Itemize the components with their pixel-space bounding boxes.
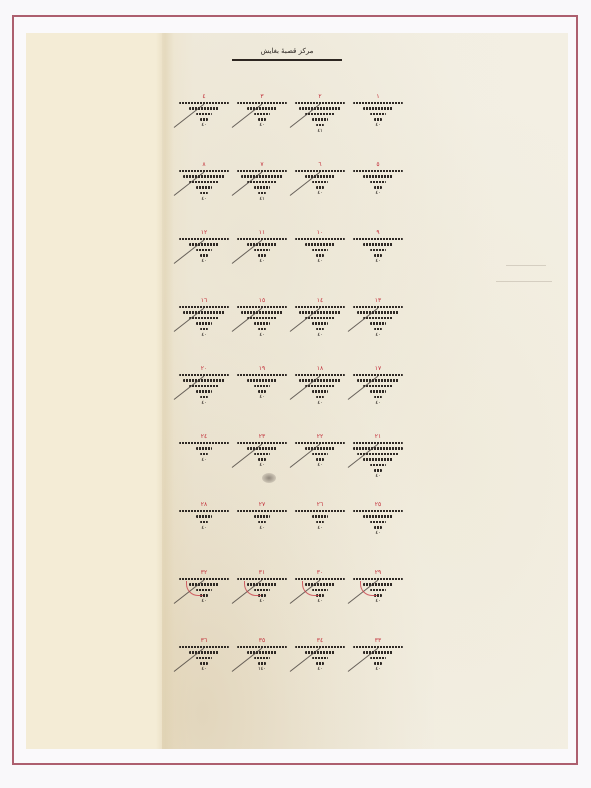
handwritten-line xyxy=(312,515,328,517)
handwritten-line xyxy=(189,385,219,387)
handwritten-line xyxy=(200,521,208,523)
register-entry: ٣٠٤٠ xyxy=(292,569,348,629)
handwritten-line xyxy=(305,175,335,177)
entry-number: ١٩ xyxy=(234,365,290,372)
entry-text-lines xyxy=(176,440,232,457)
handwritten-line xyxy=(370,181,386,183)
register-entry: ٣٢٤٠ xyxy=(176,569,232,629)
entry-number: ٣٦ xyxy=(176,637,232,644)
entry-sum: ٤٠ xyxy=(292,525,348,531)
entry-number: ٣٠ xyxy=(292,569,348,576)
handwritten-line xyxy=(312,118,328,120)
entry-sum: ٤٠ xyxy=(176,258,232,264)
handwritten-line xyxy=(200,328,208,330)
handwritten-line xyxy=(237,510,287,512)
handwritten-line xyxy=(316,328,324,330)
entry-number: ٢٦ xyxy=(292,501,348,508)
handwritten-line xyxy=(305,243,335,245)
handwritten-line xyxy=(353,447,403,449)
register-entry: ١٠٤٠ xyxy=(292,229,348,289)
entry-number: ١٤ xyxy=(292,297,348,304)
register-entry: ٢٨٤٠ xyxy=(176,501,232,559)
register-entry: ٩٤٠ xyxy=(350,229,406,289)
handwritten-line xyxy=(312,249,328,251)
entry-sum: ٤٠ xyxy=(176,525,232,531)
handwritten-line xyxy=(312,390,328,392)
handwritten-line xyxy=(363,317,393,319)
handwritten-line xyxy=(305,385,335,387)
entry-number: ١٣ xyxy=(350,297,406,304)
register-entry: ٥٤٠ xyxy=(350,161,406,221)
handwritten-line xyxy=(374,396,382,398)
entry-sum: ٤٠ xyxy=(292,462,348,468)
entry-number: ١٢ xyxy=(176,229,232,236)
entry-number: ٢٩ xyxy=(350,569,406,576)
entry-sum: ٤١ xyxy=(292,128,348,134)
handwritten-line xyxy=(196,447,212,449)
entry-sum: ٤٠ xyxy=(176,457,232,463)
entry-sum: ٤٠ xyxy=(176,666,232,672)
entry-sum: ٤٠ xyxy=(234,394,290,400)
handwritten-line xyxy=(305,317,335,319)
entry-sum: ٤١ xyxy=(234,196,290,202)
handwritten-line xyxy=(374,662,382,664)
handwritten-line xyxy=(258,192,266,194)
entry-number: ٣٥ xyxy=(234,637,290,644)
handwritten-line xyxy=(353,238,403,240)
entry-sum: ٤٠ xyxy=(350,530,406,536)
handwritten-line xyxy=(196,657,212,659)
handwritten-line xyxy=(258,254,266,256)
entry-number: ١٦ xyxy=(176,297,232,304)
handwritten-line xyxy=(247,447,277,449)
handwritten-line xyxy=(370,390,386,392)
entry-sum: ٤٠ xyxy=(292,598,348,604)
register-entry: ٢٤١ xyxy=(292,93,348,153)
handwritten-line xyxy=(200,118,208,120)
register-entry: ٣٥١٤٠ xyxy=(234,637,290,697)
handwritten-line xyxy=(299,107,341,109)
handwritten-line xyxy=(374,328,382,330)
handwritten-line xyxy=(374,526,382,528)
handwritten-line xyxy=(254,657,270,659)
handwritten-line xyxy=(254,322,270,324)
handwritten-line xyxy=(196,515,212,517)
register-entry: ١٥٤٠ xyxy=(234,297,290,357)
entry-number: ٣٢ xyxy=(176,569,232,576)
handwritten-line xyxy=(312,322,328,324)
handwritten-line xyxy=(370,464,386,466)
entry-number: ٨ xyxy=(176,161,232,168)
entry-sum: ٤٠ xyxy=(350,473,406,479)
bleed-through-line xyxy=(496,281,552,282)
handwritten-line xyxy=(189,243,219,245)
handwritten-line xyxy=(196,249,212,251)
register-entry: ١٤٠ xyxy=(350,93,406,153)
entry-sum: ٤٠ xyxy=(176,196,232,202)
handwritten-line xyxy=(363,107,393,109)
handwritten-line xyxy=(305,651,335,653)
entry-sum: ٤٠ xyxy=(292,666,348,672)
handwritten-line xyxy=(241,311,283,313)
register-entry: ١٦٤٠ xyxy=(176,297,232,357)
register-entry: ٨٤٠ xyxy=(176,161,232,221)
register-entry: ٢٢٤٠ xyxy=(292,433,348,493)
handwritten-line xyxy=(200,453,208,455)
entry-number: ٢٧ xyxy=(234,501,290,508)
handwritten-line xyxy=(353,510,403,512)
register-entry: ٣٤٤٠ xyxy=(292,637,348,697)
entry-number: ٣٣ xyxy=(350,637,406,644)
register-entry: ١٢٤٠ xyxy=(176,229,232,289)
handwritten-line xyxy=(196,186,212,188)
entry-number: ٣١ xyxy=(234,569,290,576)
handwritten-line xyxy=(305,113,335,115)
handwritten-line xyxy=(370,249,386,251)
handwritten-line xyxy=(316,521,324,523)
entry-number: ٢ xyxy=(292,93,348,100)
register-entry: ٧٤١ xyxy=(234,161,290,221)
register-entry: ٢٧٤٠ xyxy=(234,501,290,559)
register-entry: ٣٦٤٠ xyxy=(176,637,232,697)
entry-sum: ٤٠ xyxy=(350,666,406,672)
entry-sum: ٤٠ xyxy=(176,598,232,604)
bleed-through-line xyxy=(506,265,546,266)
handwritten-line xyxy=(189,651,219,653)
entry-sum: ٤٠ xyxy=(292,190,348,196)
entry-sum: ٤٠ xyxy=(234,462,290,468)
handwritten-line xyxy=(363,458,393,460)
handwritten-line xyxy=(196,322,212,324)
entry-sum: ١٤٠ xyxy=(234,666,290,672)
entry-text-lines xyxy=(176,508,232,525)
register-entries-grid: ١٤٠٢٤١٣٤٠٤٤٠٥٤٠٦٤٠٧٤١٨٤٠٩٤٠١٠٤٠١١٤٠١٢٤٠١… xyxy=(176,93,406,697)
entry-number: ١ xyxy=(350,93,406,100)
entry-number: ١٥ xyxy=(234,297,290,304)
register-header-title: مركز قصبهٔ بغايش xyxy=(232,47,342,55)
entry-number: ١٧ xyxy=(350,365,406,372)
entry-text-lines xyxy=(234,372,290,394)
handwritten-line xyxy=(183,175,225,177)
entry-sum: ٤٠ xyxy=(350,332,406,338)
handwritten-line xyxy=(316,458,324,460)
entry-number: ٣ xyxy=(234,93,290,100)
register-entry: ٢٤٤٠ xyxy=(176,433,232,491)
handwritten-line xyxy=(370,657,386,659)
handwritten-line xyxy=(200,192,208,194)
handwritten-line xyxy=(254,113,270,115)
handwritten-line xyxy=(247,107,277,109)
handwritten-line xyxy=(179,442,229,444)
register-entry: ١٧٤٠ xyxy=(350,365,406,425)
entry-text-lines xyxy=(292,236,348,258)
handwritten-line xyxy=(295,510,345,512)
handwritten-line xyxy=(258,118,266,120)
entry-sum: ٤٠ xyxy=(234,598,290,604)
handwritten-line xyxy=(189,317,219,319)
register-entry: ٣٣٤٠ xyxy=(350,637,406,697)
register-entry: ١١٤٠ xyxy=(234,229,290,289)
entry-sum: ٤٠ xyxy=(176,332,232,338)
handwritten-line xyxy=(254,249,270,251)
register-entry: ٢٩٤٠ xyxy=(350,569,406,629)
handwritten-line xyxy=(312,453,328,455)
handwritten-line xyxy=(374,118,382,120)
entry-number: ٢٤ xyxy=(176,433,232,440)
handwritten-line xyxy=(357,311,399,313)
handwritten-line xyxy=(254,385,270,387)
handwritten-line xyxy=(258,521,266,523)
handwritten-line xyxy=(370,113,386,115)
entry-sum: ٤٠ xyxy=(234,525,290,531)
handwritten-line xyxy=(254,453,270,455)
entry-number: ١١ xyxy=(234,229,290,236)
handwritten-line xyxy=(241,175,283,177)
entry-sum: ٤٠ xyxy=(350,122,406,128)
register-entry: ١٤٤٠ xyxy=(292,297,348,357)
handwritten-line xyxy=(247,651,277,653)
entry-sum: ٤٠ xyxy=(350,400,406,406)
handwritten-line xyxy=(295,238,345,240)
handwritten-line xyxy=(254,186,270,188)
handwritten-line xyxy=(247,243,277,245)
entry-number: ٢٣ xyxy=(234,433,290,440)
header-underline xyxy=(232,59,342,61)
handwritten-line xyxy=(363,175,393,177)
register-entry: ٤٤٠ xyxy=(176,93,232,153)
entry-number: ٢٢ xyxy=(292,433,348,440)
handwritten-line xyxy=(299,379,341,381)
handwritten-line xyxy=(312,181,328,183)
entry-number: ١٨ xyxy=(292,365,348,372)
handwritten-line xyxy=(353,102,403,104)
handwritten-line xyxy=(247,379,277,381)
handwritten-line xyxy=(258,662,266,664)
entry-number: ٤ xyxy=(176,93,232,100)
entry-text-lines xyxy=(234,508,290,525)
handwritten-line xyxy=(258,458,266,460)
handwritten-line xyxy=(179,510,229,512)
entry-number: ٢٠ xyxy=(176,365,232,372)
handwritten-line xyxy=(196,390,212,392)
manuscript-scan: مركز قصبهٔ بغايش ١٤٠٢٤١٣٤٠٤٤٠٥٤٠٦٤٠٧٤١٨٤… xyxy=(26,33,568,749)
handwritten-line xyxy=(183,379,225,381)
entry-number: ٢١ xyxy=(350,433,406,440)
handwritten-line xyxy=(374,186,382,188)
register-entry: ٣١٤٠ xyxy=(234,569,290,629)
handwritten-line xyxy=(353,170,403,172)
handwritten-line xyxy=(357,379,399,381)
entry-sum: ٤٠ xyxy=(292,258,348,264)
register-entry: ٢٣٤٠ xyxy=(234,433,290,493)
entry-text-lines xyxy=(350,440,406,473)
handwritten-line xyxy=(370,322,386,324)
entry-text-lines xyxy=(350,100,406,122)
register-entry: ٣٤٠ xyxy=(234,93,290,153)
entry-number: ٣٤ xyxy=(292,637,348,644)
handwritten-line xyxy=(237,374,287,376)
register-entry: ٦٤٠ xyxy=(292,161,348,221)
entry-sum: ٤٠ xyxy=(350,258,406,264)
handwritten-line xyxy=(299,311,341,313)
register-entry: ٢٥٤٠ xyxy=(350,501,406,561)
handwritten-line xyxy=(305,447,335,449)
entry-sum: ٤٠ xyxy=(292,400,348,406)
handwritten-line xyxy=(258,390,266,392)
handwritten-line xyxy=(312,657,328,659)
entry-number: ٢٥ xyxy=(350,501,406,508)
handwritten-line xyxy=(200,396,208,398)
entry-text-lines xyxy=(350,168,406,190)
register-entry: ٢٦٤٠ xyxy=(292,501,348,559)
handwritten-line xyxy=(374,469,382,471)
handwritten-line xyxy=(316,254,324,256)
entry-text-lines xyxy=(350,236,406,258)
entry-sum: ٤٠ xyxy=(234,122,290,128)
handwritten-line xyxy=(316,186,324,188)
handwritten-line xyxy=(247,181,277,183)
handwritten-line xyxy=(370,521,386,523)
handwritten-line xyxy=(258,328,266,330)
register-entry: ١٨٤٠ xyxy=(292,365,348,425)
entry-sum: ٤٠ xyxy=(350,190,406,196)
handwritten-line xyxy=(196,113,212,115)
entry-sum: ٤٠ xyxy=(176,400,232,406)
entry-number: ٩ xyxy=(350,229,406,236)
entry-sum: ٤٠ xyxy=(292,332,348,338)
handwritten-line xyxy=(183,311,225,313)
handwritten-line xyxy=(316,124,324,126)
handwritten-line xyxy=(363,651,393,653)
handwritten-line xyxy=(247,317,277,319)
handwritten-line xyxy=(200,254,208,256)
handwritten-line xyxy=(363,385,393,387)
entry-sum: ٤٠ xyxy=(234,332,290,338)
entry-text-lines xyxy=(292,508,348,525)
handwritten-line xyxy=(363,515,393,517)
entry-number: ٢٨ xyxy=(176,501,232,508)
handwritten-line xyxy=(189,181,219,183)
image-frame: مركز قصبهٔ بغايش ١٤٠٢٤١٣٤٠٤٤٠٥٤٠٦٤٠٧٤١٨٤… xyxy=(12,15,578,765)
handwritten-line xyxy=(200,662,208,664)
register-entry: ٢٠٤٠ xyxy=(176,365,232,425)
paper-edge xyxy=(156,33,174,749)
handwritten-line xyxy=(189,107,219,109)
handwritten-line xyxy=(374,254,382,256)
register-entry: ٢١٤٠ xyxy=(350,433,406,493)
handwritten-line xyxy=(316,396,324,398)
entry-number: ١٠ xyxy=(292,229,348,236)
entry-sum: ٤٠ xyxy=(176,122,232,128)
entry-sum: ٤٠ xyxy=(350,598,406,604)
handwritten-line xyxy=(363,243,393,245)
entry-number: ٥ xyxy=(350,161,406,168)
register-entry: ١٣٤٠ xyxy=(350,297,406,357)
entry-number: ٦ xyxy=(292,161,348,168)
handwritten-line xyxy=(254,515,270,517)
handwritten-line xyxy=(316,662,324,664)
register-entry: ١٩٤٠ xyxy=(234,365,290,425)
entry-sum: ٤٠ xyxy=(234,258,290,264)
entry-text-lines xyxy=(350,508,406,530)
entry-number: ٧ xyxy=(234,161,290,168)
